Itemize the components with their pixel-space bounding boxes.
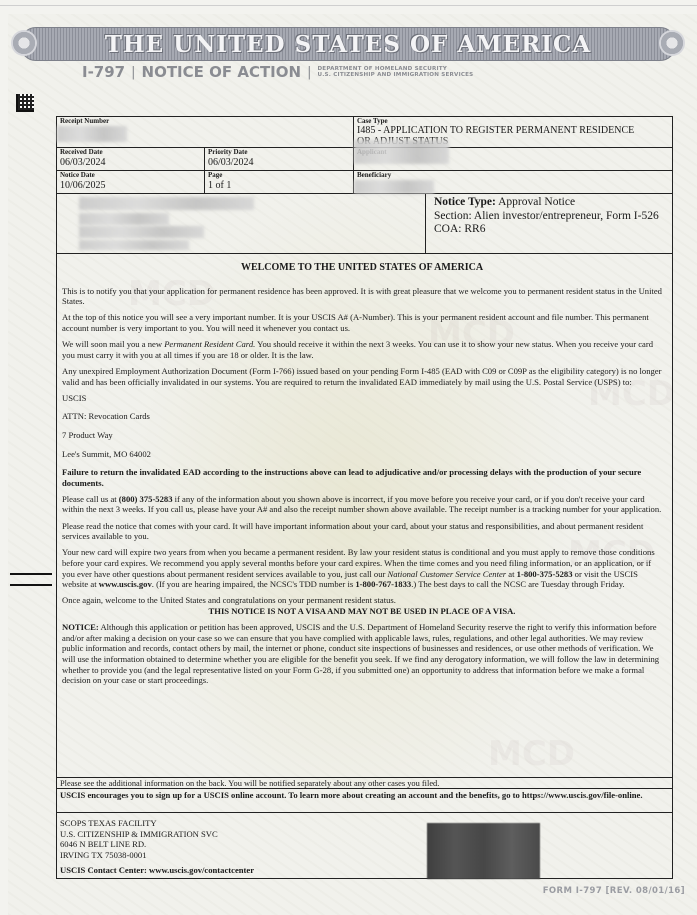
department-line-1: DEPARTMENT OF HOMELAND SECURITY <box>317 66 447 72</box>
applicant-redacted <box>354 140 449 164</box>
additional-info-row: Please see the additional information on… <box>57 777 672 789</box>
applicant-cell: Applicant <box>354 148 672 171</box>
form-name: NOTICE OF ACTION <box>142 63 302 81</box>
notice-date-value: 10/06/2025 <box>60 180 106 191</box>
rosette-ornament-icon <box>659 30 685 56</box>
department-line-2: U.S. CITIZENSHIP AND IMMIGRATION SERVICE… <box>317 72 473 78</box>
address-redacted <box>79 213 169 225</box>
banner: THE UNITED STATES OF AMERICA <box>20 27 676 61</box>
body-paragraph: Please read the notice that comes with y… <box>62 521 662 542</box>
notice-coa: COA: RR6 <box>434 223 485 235</box>
body-paragraph: This is to notify you that your applicat… <box>62 286 662 307</box>
office-address-line: SCOPS TEXAS FACILITY <box>60 818 254 829</box>
address-redacted <box>79 226 204 238</box>
redacted-block <box>427 823 540 879</box>
body-paragraph: Any unexpired Employment Authorization D… <box>62 366 662 387</box>
ead-warning: Failure to return the invalidated EAD ac… <box>62 467 662 488</box>
top-divider <box>0 5 697 6</box>
address-redacted <box>79 197 254 210</box>
2d-barcode-icon <box>16 94 34 112</box>
beneficiary-redacted <box>354 180 434 194</box>
return-address-line: 7 Product Way <box>62 430 662 441</box>
body-paragraph: At the top of this notice you will see a… <box>62 312 662 333</box>
received-date-label: Received Date <box>60 148 103 157</box>
separator: | <box>131 65 135 80</box>
return-address-line: USCIS <box>62 393 662 404</box>
notice-body: WELCOME TO THE UNITED STATES OF AMERICA … <box>62 263 662 691</box>
address-redacted <box>79 240 189 250</box>
rosette-ornament-icon <box>11 30 37 56</box>
office-address-line: U.S. CITIZENSHIP & IMMIGRATION SVC <box>60 829 254 840</box>
receipt-number-label: Receipt Number <box>60 117 109 126</box>
receipt-number-redacted <box>57 126 127 142</box>
beneficiary-cell: Beneficiary <box>354 171 672 194</box>
mailing-address-cell <box>57 194 426 254</box>
banner-title: THE UNITED STATES OF AMERICA <box>105 31 591 58</box>
body-paragraph: We will soon mail you a new Permanent Re… <box>62 339 662 360</box>
notice-type-label: Notice Type: <box>434 196 496 208</box>
notice-section: Section: Alien investor/entrepreneur, Fo… <box>434 210 659 222</box>
additional-info-text: Please see the additional information on… <box>60 778 439 789</box>
form-subheader: I-797 | NOTICE OF ACTION | DEPARTMENT OF… <box>82 63 473 81</box>
priority-date-label: Priority Date <box>208 148 247 157</box>
receipt-number-cell: Receipt Number <box>57 117 354 148</box>
fold-mark <box>10 573 52 575</box>
notice-type-value: Approval Notice <box>498 196 575 208</box>
notice-date-label: Notice Date <box>60 171 95 180</box>
page-label: Page <box>208 171 222 180</box>
notice-type-cell: Notice Type: Approval Notice Section: Al… <box>426 194 672 254</box>
office-address-line: IRVING TX 75038-0001 <box>60 850 254 861</box>
visa-warning: THIS NOTICE IS NOT A VISA AND MAY NOT BE… <box>62 606 662 617</box>
return-address-line: ATTN: Revocation Cards <box>62 411 662 422</box>
body-paragraph: Your new card will expire two years from… <box>62 547 662 589</box>
notice-paragraph: NOTICE: Although this application or pet… <box>62 622 662 686</box>
form-revision: FORM I-797 [REV. 08/01/16] <box>543 886 685 896</box>
notice-type-info: Notice Type: Approval Notice Section: Al… <box>434 196 664 237</box>
online-account-text: USCIS encourages you to sign up for a US… <box>60 790 660 801</box>
body-paragraph: Please call us at (800) 375-5283 if any … <box>62 494 662 515</box>
welcome-heading: WELCOME TO THE UNITED STATES OF AMERICA <box>62 263 662 274</box>
return-address-line: Lee's Summit, MO 64002 <box>62 449 662 460</box>
received-date-cell: Received Date 06/03/2024 <box>57 148 205 171</box>
office-address-line: 6046 N BELT LINE RD. <box>60 839 254 850</box>
separator: | <box>307 65 311 80</box>
priority-date-cell: Priority Date 06/03/2024 <box>205 148 354 171</box>
online-account-row: USCIS encourages you to sign up for a US… <box>57 789 672 813</box>
received-date-value: 06/03/2024 <box>60 157 106 168</box>
contact-center-text: USCIS Contact Center: www.uscis.gov/cont… <box>60 865 254 876</box>
page-cell: Page 1 of 1 <box>205 171 354 194</box>
priority-date-value: 06/03/2024 <box>208 157 254 168</box>
form-id: I-797 <box>82 63 125 81</box>
body-paragraph: Once again, welcome to the United States… <box>62 595 662 606</box>
notice-date-cell: Notice Date 10/06/2025 <box>57 171 205 194</box>
page-value: 1 of 1 <box>208 180 231 191</box>
notice-form: Receipt Number Case Type I485 - APPLICAT… <box>56 116 673 879</box>
fold-mark <box>10 584 52 586</box>
beneficiary-label: Beneficiary <box>357 171 391 180</box>
department-name: DEPARTMENT OF HOMELAND SECURITY U.S. CIT… <box>317 66 473 79</box>
office-address: SCOPS TEXAS FACILITY U.S. CITIZENSHIP & … <box>60 818 254 876</box>
